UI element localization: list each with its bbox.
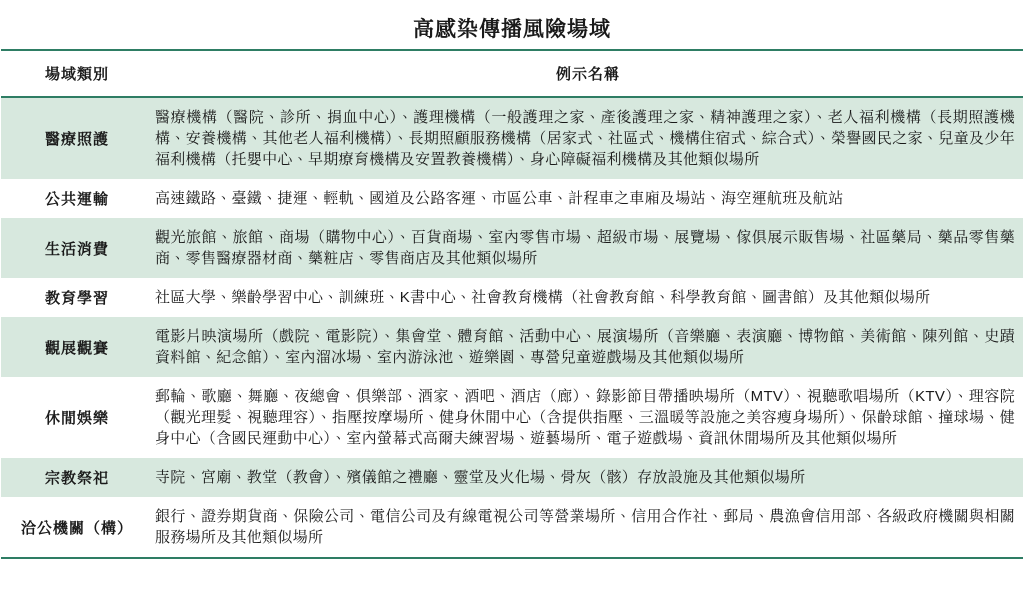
category-cell: 公共運輸 [1,179,153,218]
table-header: 場域類別 例示名稱 [1,50,1023,97]
category-cell: 休閒娛樂 [1,377,153,458]
category-cell: 教育學習 [1,278,153,317]
examples-cell: 電影片映演場所（戲院、電影院）、集會堂、體育館、活動中心、展演場所（音樂廳、表演… [153,317,1023,377]
table-row-exhibition-sports: 觀展觀賽 電影片映演場所（戲院、電影院）、集會堂、體育館、活動中心、展演場所（音… [1,317,1023,377]
examples-cell: 銀行、證券期貨商、保險公司、電信公司及有線電視公司等營業場所、信用合作社、郵局、… [153,497,1023,558]
examples-cell: 觀光旅館、旅館、商場（購物中心）、百貨商場、室內零售市場、超級市場、展覽場、傢俱… [153,218,1023,278]
examples-cell: 社區大學、樂齡學習中心、訓練班、K書中心、社會教育機構（社會教育館、科學教育館、… [153,278,1023,317]
header-category: 場域類別 [1,50,153,97]
header-examples: 例示名稱 [153,50,1023,97]
table-row-public-transport: 公共運輸 高速鐵路、臺鐵、捷運、輕軌、國道及公路客運、市區公車、計程車之車廂及場… [1,179,1023,218]
table-row-daily-consumption: 生活消費 觀光旅館、旅館、商場（購物中心）、百貨商場、室內零售市場、超級市場、展… [1,218,1023,278]
table-row-leisure-entertainment: 休閒娛樂 郵輪、歌廳、舞廳、夜總會、俱樂部、酒家、酒吧、酒店（廊）、錄影節目帶播… [1,377,1023,458]
page: 高感染傳播風險場域 場域類別 例示名稱 醫療照護 醫療機構（醫院、診所、捐血中心… [0,0,1024,603]
category-cell: 生活消費 [1,218,153,278]
category-cell: 洽公機關（構） [1,497,153,558]
examples-cell: 醫療機構（醫院、診所、捐血中心）、護理機構（一般護理之家、產後護理之家、精神護理… [153,97,1023,179]
category-cell: 醫療照護 [1,97,153,179]
table-row-medical-care: 醫療照護 醫療機構（醫院、診所、捐血中心）、護理機構（一般護理之家、產後護理之家… [1,97,1023,179]
header-row: 場域類別 例示名稱 [1,50,1023,97]
examples-cell: 寺院、宮廟、教堂（教會）、殯儀館之禮廳、靈堂及火化場、骨灰（骸）存放設施及其他類… [153,458,1023,497]
category-cell: 宗教祭祀 [1,458,153,497]
examples-cell: 高速鐵路、臺鐵、捷運、輕軌、國道及公路客運、市區公車、計程車之車廂及場站、海空運… [153,179,1023,218]
category-cell: 觀展觀賽 [1,317,153,377]
table-row-education: 教育學習 社區大學、樂齡學習中心、訓練班、K書中心、社會教育機構（社會教育館、科… [1,278,1023,317]
table-body: 醫療照護 醫療機構（醫院、診所、捐血中心）、護理機構（一般護理之家、產後護理之家… [1,97,1023,558]
table-row-government-offices: 洽公機關（構） 銀行、證券期貨商、保險公司、電信公司及有線電視公司等營業場所、信… [1,497,1023,558]
page-title: 高感染傳播風險場域 [1,0,1023,49]
risk-venue-table: 場域類別 例示名稱 醫療照護 醫療機構（醫院、診所、捐血中心）、護理機構（一般護… [1,49,1023,559]
table-row-religious-worship: 宗教祭祀 寺院、宮廟、教堂（教會）、殯儀館之禮廳、靈堂及火化場、骨灰（骸）存放設… [1,458,1023,497]
examples-cell: 郵輪、歌廳、舞廳、夜總會、俱樂部、酒家、酒吧、酒店（廊）、錄影節目帶播映場所（M… [153,377,1023,458]
